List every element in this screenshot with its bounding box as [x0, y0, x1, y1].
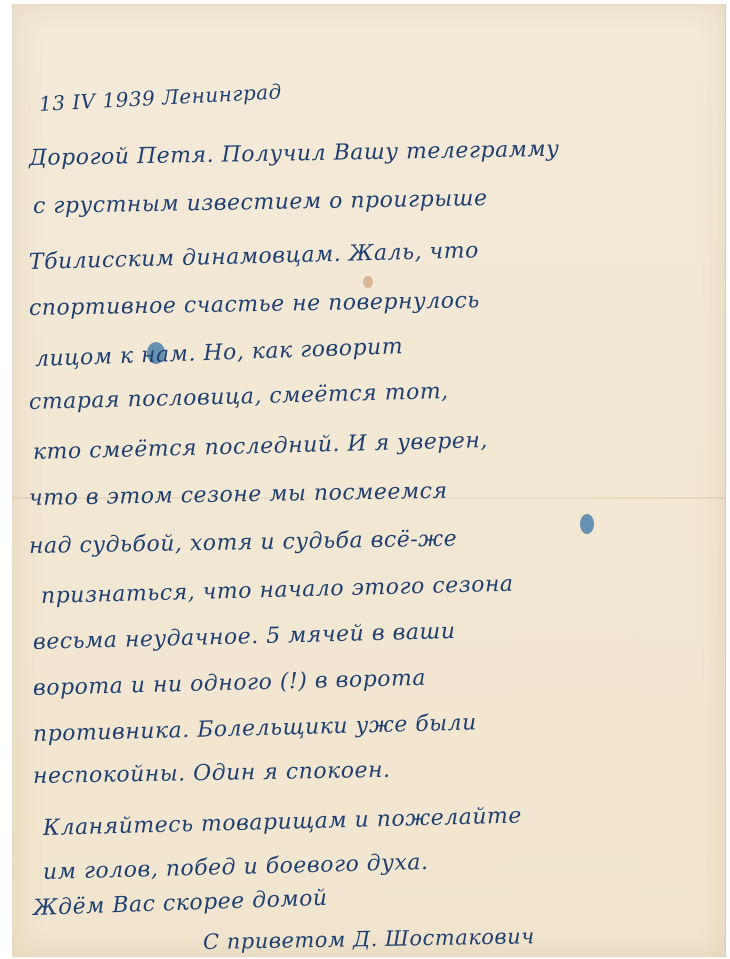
letter-line: весьма неудачное. 5 мячей в ваши [33, 619, 456, 655]
letter-line: ворота и ни одного (!) в ворота [33, 666, 427, 701]
letter-signoff: С приветом Д. Шостакович [203, 924, 535, 954]
closing-line: им голов, побед и боевого духа. [43, 850, 429, 885]
letter-line: Тбилисским динамовцам. Жаль, что [29, 238, 479, 275]
letter-line: спортивное счастье не повернулось [29, 288, 480, 321]
letter-line: признаться, что начало этого сезона [41, 572, 514, 609]
letter-line: лицом к нам. Но, как говорит [35, 334, 404, 372]
letter-line: над судьбой, хотя и судьба всё-же [29, 527, 458, 559]
closing-line: Кланяйтесь товарищам и пожелайте [43, 803, 522, 841]
letter-line: противника. Болельщики уже были [33, 710, 477, 747]
letter-line: с грустным известием о проигрыше [33, 186, 488, 219]
letter-line: кто смеётся последний. И я уверен, [33, 428, 489, 465]
closing-line: Ждём Вас скорее домой [33, 886, 328, 921]
letter-line: неспокойны. Один я спокоен. [33, 758, 391, 789]
letter-date: 13 IV 1939 Ленинград [38, 79, 282, 116]
paper-stain [363, 276, 373, 288]
letter-page: 13 IV 1939 Ленинград Дорогой Петя. Получ… [12, 4, 726, 957]
letter-line: Дорогой Петя. Получил Вашу телеграмму [29, 137, 560, 171]
letter-line: старая пословица, смеётся тот, [29, 379, 449, 415]
letter-line: что в этом сезоне мы посмеемся [29, 479, 448, 511]
ink-blot-right [580, 514, 594, 534]
